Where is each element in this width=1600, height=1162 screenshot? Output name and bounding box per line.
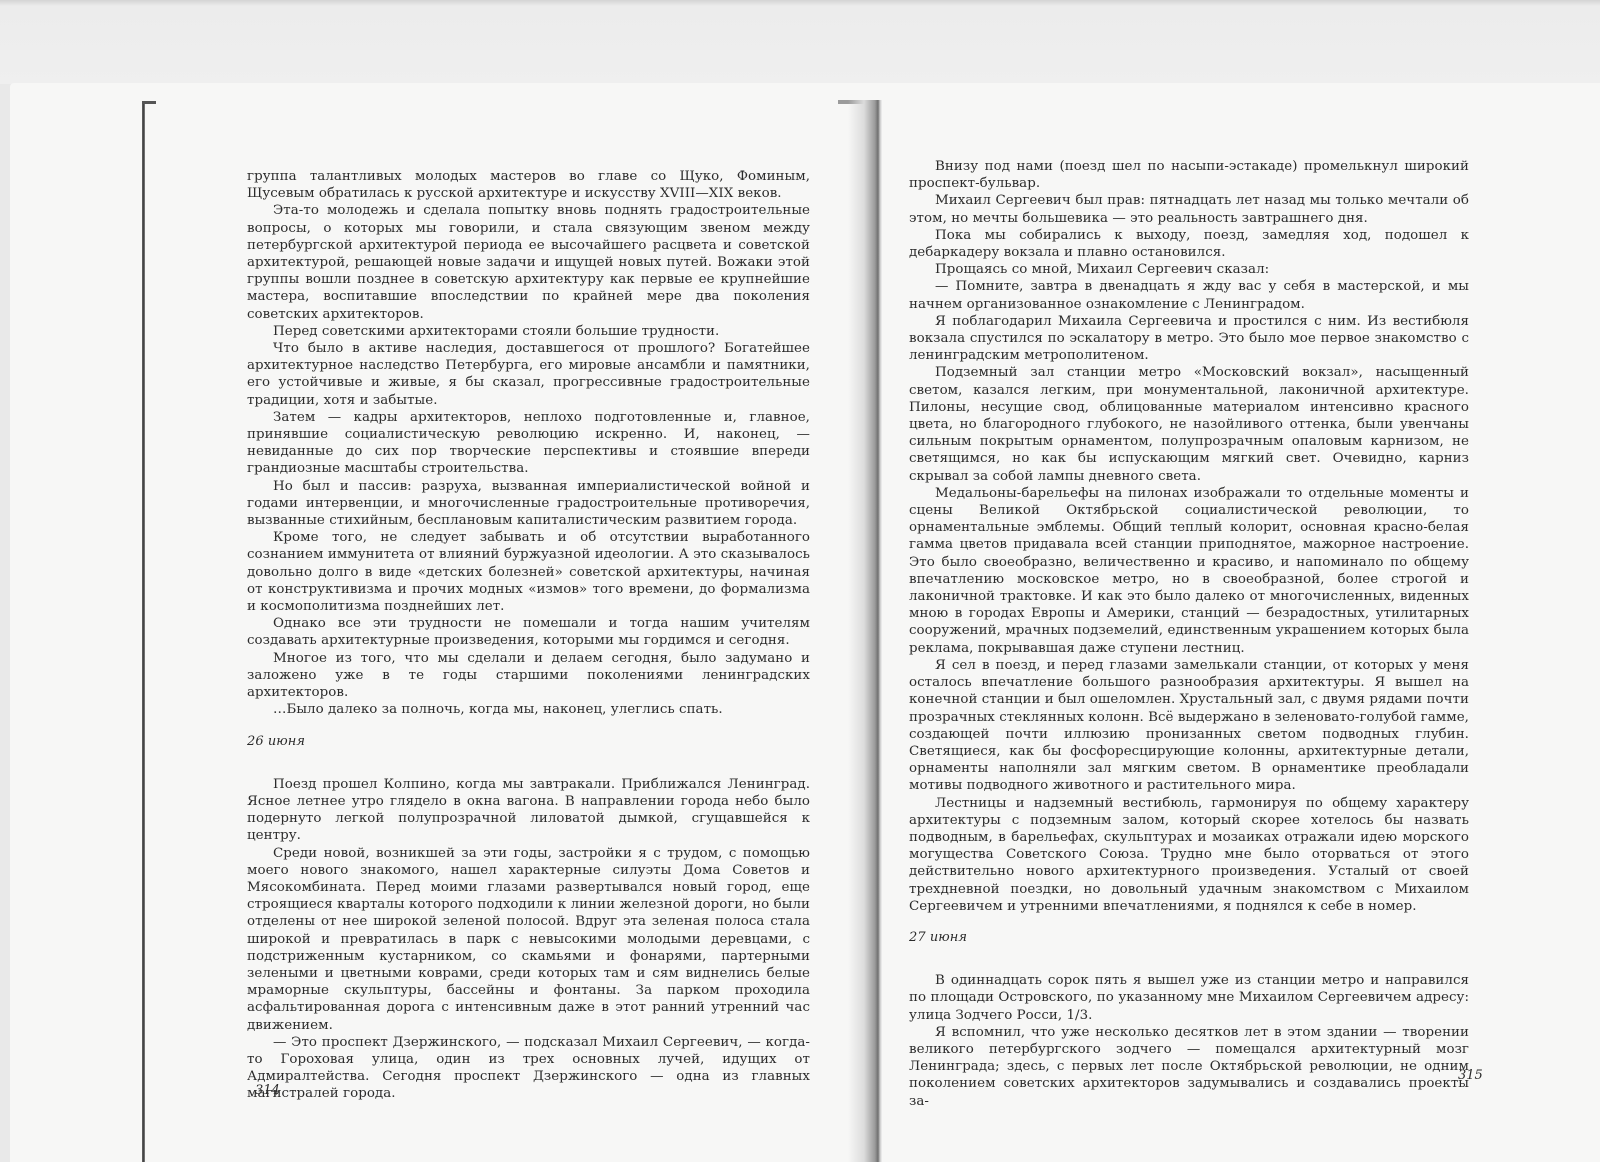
paragraph: Многое из того, что мы сделали и делаем … xyxy=(247,650,810,702)
paragraph: Перед советскими архитекторами стояли бо… xyxy=(247,323,810,340)
paragraph: Я сел в поезд, и перед глазами замелькал… xyxy=(909,657,1469,795)
paragraph: Лестницы и надземный вестибюль, гармонир… xyxy=(909,795,1469,915)
paragraph: Я вспомнил, что уже несколько десятков л… xyxy=(909,1024,1469,1110)
diary-date-heading: 26 июня xyxy=(247,733,810,750)
page-edge-shadow xyxy=(142,101,145,1162)
paragraph: — Это проспект Дзержинского, — подсказал… xyxy=(247,1034,810,1103)
paragraph: В одиннадцать сорок пять я вышел уже из … xyxy=(909,972,1469,1024)
right-page: Внизу под нами (поезд шел по насыпи-эста… xyxy=(909,158,1469,1110)
paragraph: Подземный зал станции метро «Московский … xyxy=(909,364,1469,484)
diary-date-heading: 27 июня xyxy=(909,929,1469,946)
paragraph: Среди новой, возникшей за эти годы, заст… xyxy=(247,845,810,1034)
paragraph: Пока мы собирались к выходу, поезд, заме… xyxy=(909,227,1469,261)
paragraph: — Помните, завтра в двенадцать я жду вас… xyxy=(909,278,1469,312)
paragraph: Михаил Сергеевич был прав: пятнадцать ле… xyxy=(909,192,1469,226)
paragraph: группа талантливых молодых мастеров во г… xyxy=(247,168,810,202)
paragraph: Эта-то молодежь и сделала попытку вновь … xyxy=(247,202,810,322)
page-number-left: 314 xyxy=(255,1083,280,1098)
paragraph: Что было в активе наследия, доставшегося… xyxy=(247,340,810,409)
paragraph: Я поблагодарил Михаила Сергеевича и прос… xyxy=(909,313,1469,365)
paragraph: Медальоны-барельефы на пилонах изображал… xyxy=(909,485,1469,657)
paragraph: Внизу под нами (поезд шел по насыпи-эста… xyxy=(909,158,1469,192)
paragraph: Поезд прошел Колпино, когда мы завтракал… xyxy=(247,776,810,845)
left-page: группа талантливых молодых мастеров во г… xyxy=(247,168,810,1103)
paragraph: Прощаясь со мной, Михаил Сергеевич сказа… xyxy=(909,261,1469,278)
paragraph: …Было далеко за полночь, когда мы, након… xyxy=(247,701,810,718)
paragraph: Кроме того, не следует забывать и об отс… xyxy=(247,529,810,615)
book-gutter xyxy=(848,100,882,1162)
paragraph: Но был и пассив: разруха, вызванная импе… xyxy=(247,478,810,530)
page-corner-mark xyxy=(142,101,156,104)
scanner-background xyxy=(0,0,1600,84)
paragraph: Однако все эти трудности не помешали и т… xyxy=(247,615,810,649)
paragraph: Затем — кадры архитекторов, неплохо подг… xyxy=(247,409,810,478)
page-number-right: 315 xyxy=(1458,1068,1483,1083)
